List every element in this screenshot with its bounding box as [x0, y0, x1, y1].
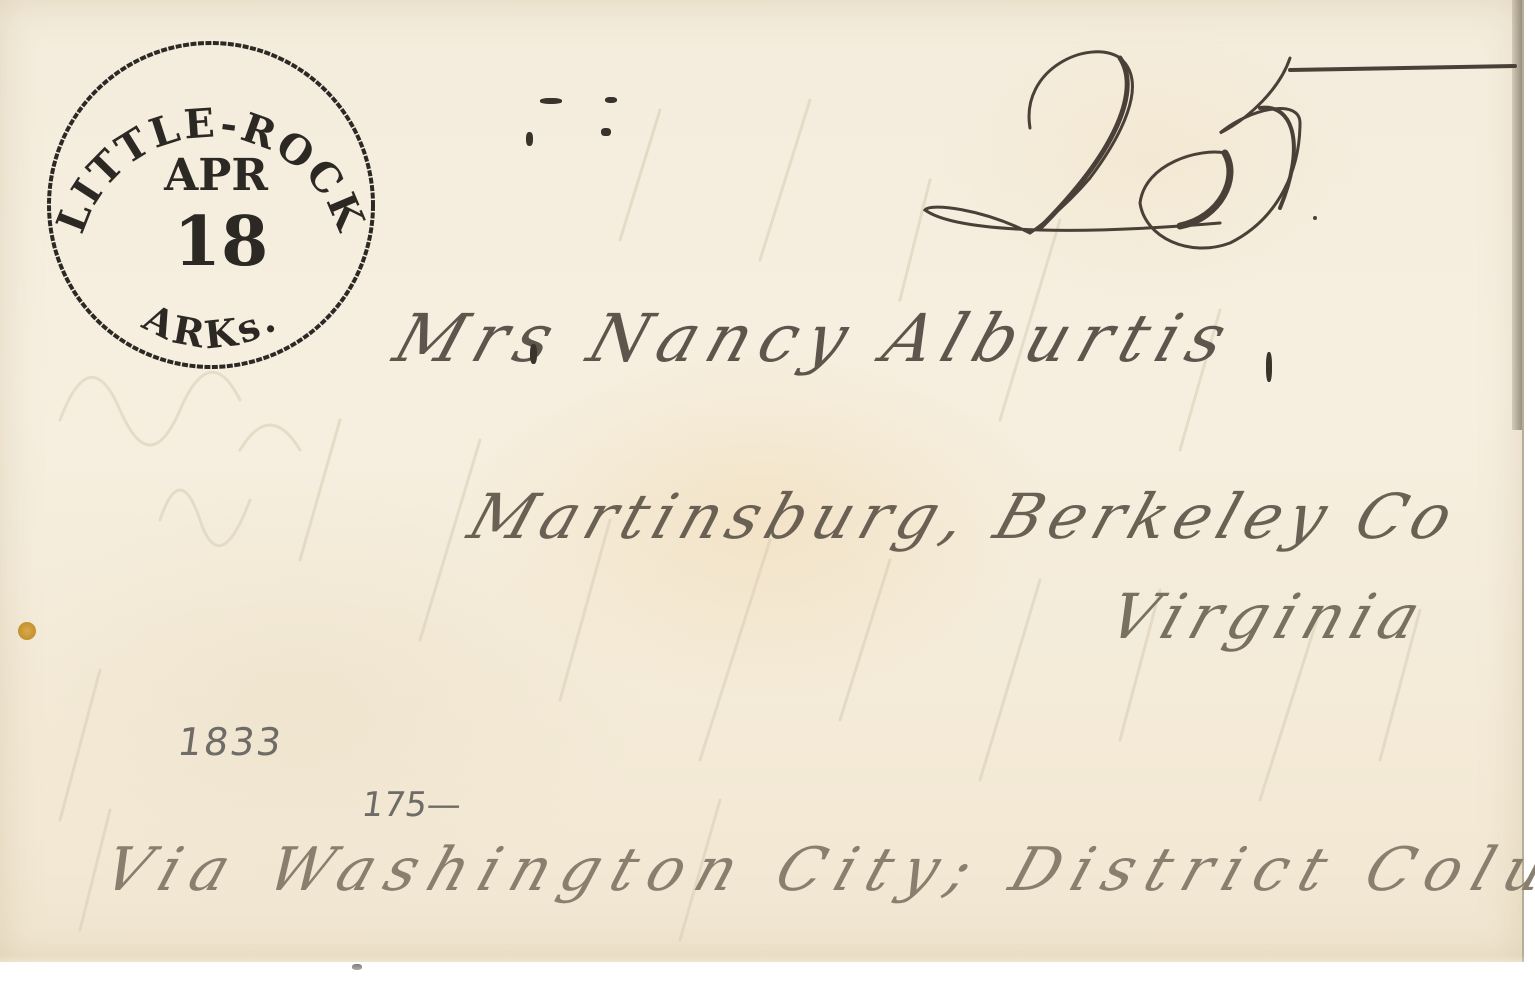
pencil-price-note: 175— — [359, 785, 464, 825]
addressee-name: Mrs Nancy Alburtis — [385, 300, 1245, 377]
ink-speck — [540, 98, 562, 104]
foxing-stain — [18, 622, 36, 640]
address-town: Martinsburg, Berkeley Co — [460, 480, 1469, 553]
letter-cover: LITTLE-ROCK ARKs. APR 18 25 Mrs Nancy Al… — [0, 0, 1524, 962]
rate-marking: 25 — [920, 28, 1530, 273]
ink-speck — [605, 97, 617, 103]
routing-instruction: Via Washington City; District Columbia — [95, 835, 1535, 905]
postmark-month: APR — [163, 150, 268, 201]
postmark-circle: LITTLE-ROCK ARKs. APR 18 — [38, 40, 384, 370]
ink-speck — [601, 128, 611, 136]
scan-edge — [0, 955, 1535, 997]
ink-speck — [526, 132, 533, 146]
address-state: Virginia — [1100, 580, 1437, 653]
postmark-day: 18 — [174, 202, 269, 282]
pencil-year-note: 1833 — [175, 720, 286, 764]
postmark-state: ARKs. — [135, 294, 285, 357]
ink-blot — [1266, 352, 1272, 382]
ink-blot — [530, 344, 537, 364]
